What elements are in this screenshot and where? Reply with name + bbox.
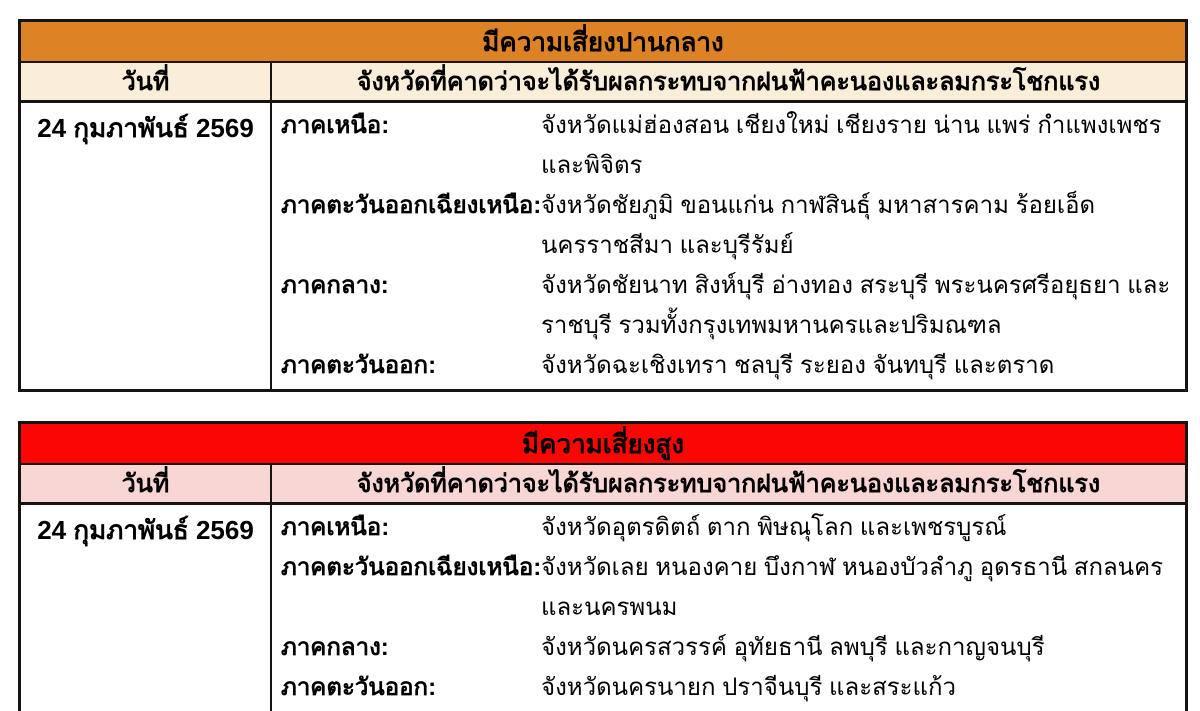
region-provinces: จังหวัดฉะเชิงเทรา ชลบุรี ระยอง จันทบุรี … bbox=[541, 346, 1175, 386]
high-risk-table: มีความเสี่ยงสูง วันที่ จังหวัดที่คาดว่าจ… bbox=[18, 421, 1188, 711]
region-row-central: ภาคกลาง: จังหวัดชัยนาท สิงห์บุรี อ่างทอง… bbox=[281, 266, 1175, 346]
moderate-risk-title: มีความเสี่ยงปานกลาง bbox=[482, 29, 723, 55]
region-label: ภาคเหนือ: bbox=[281, 508, 541, 548]
region-label: ภาคกลาง: bbox=[281, 628, 541, 668]
provinces-column-header: จังหวัดที่คาดว่าจะได้รับผลกระทบจากฝนฟ้าค… bbox=[272, 63, 1185, 100]
date-value: 24 กุมภาพันธ์ 2569 bbox=[21, 505, 272, 711]
high-risk-title: มีความเสี่ยงสูง bbox=[522, 431, 684, 457]
region-row-north: ภาคเหนือ: จังหวัดอุตรดิตถ์ ตาก พิษณุโลก … bbox=[281, 508, 1175, 548]
provinces-column-header: จังหวัดที่คาดว่าจะได้รับผลกระทบจากฝนฟ้าค… bbox=[272, 465, 1185, 502]
region-provinces: จังหวัดเลย หนองคาย บึงกาฬ หนองบัวลำภู อุ… bbox=[541, 548, 1175, 628]
region-provinces: จังหวัดแม่ฮ่องสอน เชียงใหม่ เชียงราย น่า… bbox=[541, 106, 1175, 186]
region-label: ภาคตะวันออกเฉียงเหนือ: bbox=[281, 186, 541, 226]
region-label: ภาคตะวันออกเฉียงเหนือ: bbox=[281, 548, 541, 588]
moderate-risk-table: มีความเสี่ยงปานกลาง วันที่ จังหวัดที่คาด… bbox=[18, 19, 1188, 392]
moderate-risk-header-row: วันที่ จังหวัดที่คาดว่าจะได้รับผลกระทบจา… bbox=[21, 63, 1185, 103]
date-column-header: วันที่ bbox=[21, 465, 272, 502]
moderate-risk-body: 24 กุมภาพันธ์ 2569 ภาคเหนือ: จังหวัดแม่ฮ… bbox=[21, 103, 1185, 389]
region-label: ภาคเหนือ: bbox=[281, 106, 541, 146]
high-risk-title-row: มีความเสี่ยงสูง bbox=[21, 424, 1185, 465]
region-row-east: ภาคตะวันออก: จังหวัดฉะเชิงเทรา ชลบุรี ระ… bbox=[281, 346, 1175, 386]
region-row-central: ภาคกลาง: จังหวัดนครสวรรค์ อุทัยธานี ลพบุ… bbox=[281, 628, 1175, 668]
date-value: 24 กุมภาพันธ์ 2569 bbox=[21, 103, 272, 389]
region-provinces: จังหวัดนครสวรรค์ อุทัยธานี ลพบุรี และกาญ… bbox=[541, 628, 1175, 668]
region-row-northeast: ภาคตะวันออกเฉียงเหนือ: จังหวัดเลย หนองคา… bbox=[281, 548, 1175, 628]
date-column-header: วันที่ bbox=[21, 63, 272, 100]
region-row-east: ภาคตะวันออก: จังหวัดนครนายก ปราจีนบุรี แ… bbox=[281, 668, 1175, 708]
region-row-northeast: ภาคตะวันออกเฉียงเหนือ: จังหวัดชัยภูมิ ขอ… bbox=[281, 186, 1175, 266]
high-risk-body: 24 กุมภาพันธ์ 2569 ภาคเหนือ: จังหวัดอุตร… bbox=[21, 505, 1185, 711]
regions-list: ภาคเหนือ: จังหวัดอุตรดิตถ์ ตาก พิษณุโลก … bbox=[272, 505, 1185, 711]
high-risk-header-row: วันที่ จังหวัดที่คาดว่าจะได้รับผลกระทบจา… bbox=[21, 465, 1185, 505]
moderate-risk-title-row: มีความเสี่ยงปานกลาง bbox=[21, 22, 1185, 63]
region-provinces: จังหวัดชัยนาท สิงห์บุรี อ่างทอง สระบุรี … bbox=[541, 266, 1175, 346]
region-provinces: จังหวัดชัยภูมิ ขอนแก่น กาฬสินธุ์ มหาสารค… bbox=[541, 186, 1175, 266]
region-label: ภาคตะวันออก: bbox=[281, 346, 541, 386]
region-row-north: ภาคเหนือ: จังหวัดแม่ฮ่องสอน เชียงใหม่ เช… bbox=[281, 106, 1175, 186]
region-provinces: จังหวัดอุตรดิตถ์ ตาก พิษณุโลก และเพชรบูร… bbox=[541, 508, 1175, 548]
region-provinces: จังหวัดนครนายก ปราจีนบุรี และสระแก้ว bbox=[541, 668, 1175, 708]
region-label: ภาคกลาง: bbox=[281, 266, 541, 306]
regions-list: ภาคเหนือ: จังหวัดแม่ฮ่องสอน เชียงใหม่ เช… bbox=[272, 103, 1185, 389]
weather-warning-document: { "page": { "background": "#ffffff", "te… bbox=[0, 0, 1200, 711]
region-label: ภาคตะวันออก: bbox=[281, 668, 541, 708]
